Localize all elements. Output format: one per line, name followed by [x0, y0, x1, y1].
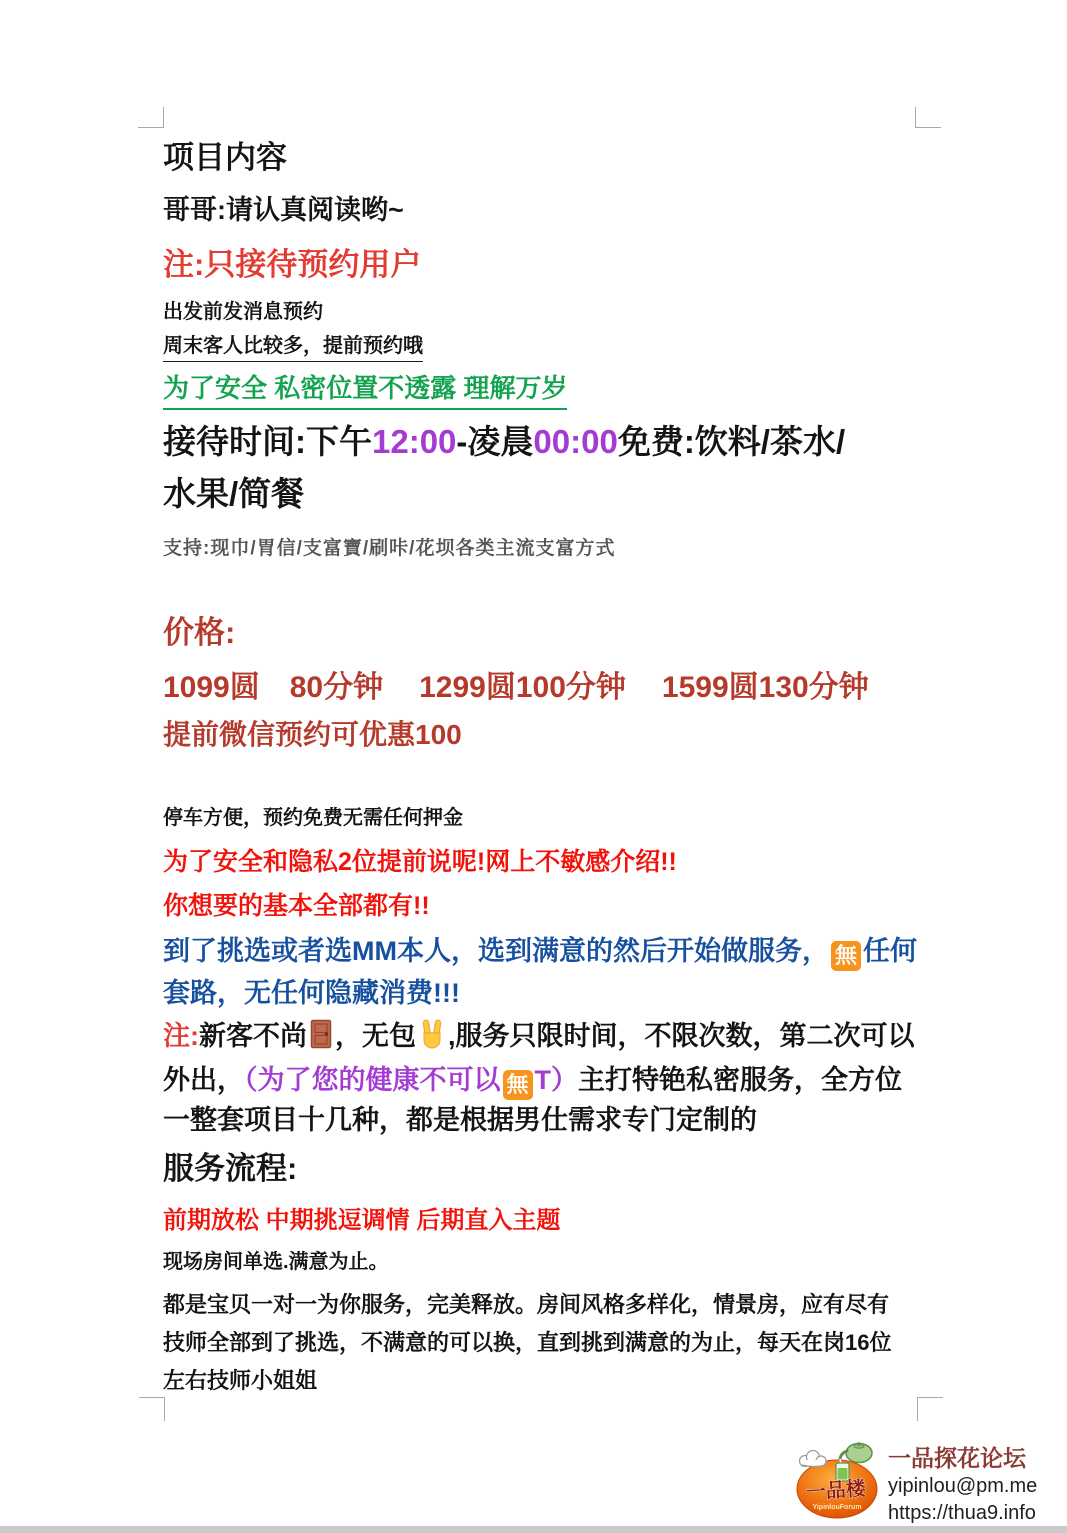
forum-footer: 一品楼 YipinlouForum 一品探花论坛 yipinlou@pm.me …: [792, 1437, 1037, 1527]
privacy-line-1: 为了安全和隐私2位提前说呢!网上不敏感介绍!!: [163, 844, 919, 880]
service-flow-heading: 服务流程:: [163, 1148, 919, 1190]
service-description-line4: 左右技师小姐姐: [163, 1368, 317, 1393]
newcomer-purple2: T）: [535, 1065, 579, 1095]
yipinlou-logo: 一品楼 YipinlouForum: [792, 1437, 880, 1526]
forum-name: 一品探花论坛: [888, 1443, 1037, 1473]
parking-line: 停车方便，预约免费无需任何押金: [163, 804, 919, 832]
reception-start-time: 12:00: [372, 423, 456, 460]
margin-mark-top-right: [915, 107, 941, 128]
margin-mark-top-left: [138, 107, 164, 128]
price-option-3: 1599圆130分钟: [662, 668, 869, 708]
price-options: 1099圆 80分钟 1299圆100分钟 1599圆130分钟: [163, 668, 919, 708]
forum-contact-block: 一品探花论坛 yipinlou@pm.me https://thua9.info: [888, 1437, 1037, 1527]
no-routine-part1: 到了挑选或者选MM本人，选到满意的然后开始做服务，: [163, 936, 829, 966]
document-body: 项目内容 哥哥:请认真阅读哟~ 注:只接待预约用户 出发前发消息预约 周末客人比…: [163, 138, 919, 1400]
service-description: 都是宝贝一对一为你服务，完美释放。房间风格多样化，情景房，应有尽有 技师全部到了…: [163, 1286, 919, 1400]
cloud-icon: [800, 1451, 827, 1467]
door-emoji: [310, 1019, 332, 1060]
safety-note-text: 为了安全 私密位置不透露 理解万岁: [163, 370, 567, 410]
price-option-1: 1099圆 80分钟: [163, 668, 383, 708]
page-title: 项目内容: [163, 138, 919, 178]
service-description-line2: 都是宝贝一对一为你服务，完美释放。房间风格多样化，情景房，应有尽有: [163, 1292, 889, 1317]
weekend-note-text: 周末客人比较多，提前预约哦: [163, 332, 423, 362]
victory-hand-emoji: [419, 1019, 445, 1060]
reception-hours: 接待时间:下午12:00-凌晨00:00免费:饮料/茶水/ 水果/简餐: [163, 416, 919, 520]
reception-freebies-line2: 水果/简餐: [163, 475, 304, 512]
squared-wu-emoji: 無: [831, 941, 861, 971]
pre-message-line: 出发前发消息预约: [163, 298, 919, 326]
service-flow-stages: 前期放松 中期挑逗调情 后期直入主题: [163, 1204, 919, 1238]
privacy-line-2: 你想要的基本全部都有!!: [163, 888, 919, 924]
price-option-2: 1299圆100分钟: [419, 668, 626, 708]
reception-freebies: 免费:饮料/茶水/: [618, 423, 845, 460]
greeting-line: 哥哥:请认真阅读哟~: [163, 192, 919, 228]
reception-prefix: 接待时间:下午: [163, 423, 372, 460]
service-description-line3: 技师全部到了挑选，不满意的可以换，直到挑到满意的为止，每天在岗16位: [163, 1330, 891, 1355]
document-page: 项目内容 哥哥:请认真阅读哟~ 注:只接待预约用户 出发前发消息预约 周末客人比…: [0, 0, 1067, 1533]
newcomer-seg2: ，无包: [335, 1021, 416, 1051]
price-heading: 价格:: [163, 612, 919, 654]
forum-url: https://thua9.info: [888, 1500, 1037, 1527]
newcomer-purple1: （为了您的健康不可以: [244, 1065, 501, 1095]
logo-subtext: YipinlouForum: [812, 1504, 861, 1511]
payment-methods-line: 支持:现巾/胃信/支富寶/刷咔/花坝各类主流支富方式: [163, 536, 919, 562]
newcomer-paragraph: 注:新客不尚，无包,服务只限时间，不限次数，第二次可以外出，（为了您的健康不可以…: [163, 1016, 919, 1140]
room-selection-line: 现场房间单选.满意为止。: [163, 1248, 919, 1276]
margin-mark-bottom-left: [139, 1397, 165, 1421]
weekend-note-line: 周末客人比较多，提前预约哦: [163, 332, 919, 362]
newcomer-seg1: 新客不尚: [199, 1021, 307, 1051]
forum-email: yipinlou@pm.me: [888, 1473, 1037, 1500]
safety-note-line: 为了安全 私密位置不透露 理解万岁: [163, 370, 919, 410]
squared-wu-emoji: 無: [503, 1070, 533, 1100]
reservation-only-note: 注:只接待预约用户: [163, 244, 919, 286]
newcomer-label: 注:: [163, 1021, 199, 1051]
page-edge-bar: [0, 1526, 1067, 1533]
wechat-discount-line: 提前微信预约可优惠100: [163, 716, 919, 754]
reception-end-time: 00:00: [533, 423, 617, 460]
margin-mark-bottom-right: [917, 1397, 943, 1421]
no-routine-paragraph: 到了挑选或者选MM本人，选到满意的然后开始做服务，無任何套路，无任何隐藏消费!!…: [163, 930, 919, 1014]
reception-mid: -凌晨: [456, 423, 533, 460]
